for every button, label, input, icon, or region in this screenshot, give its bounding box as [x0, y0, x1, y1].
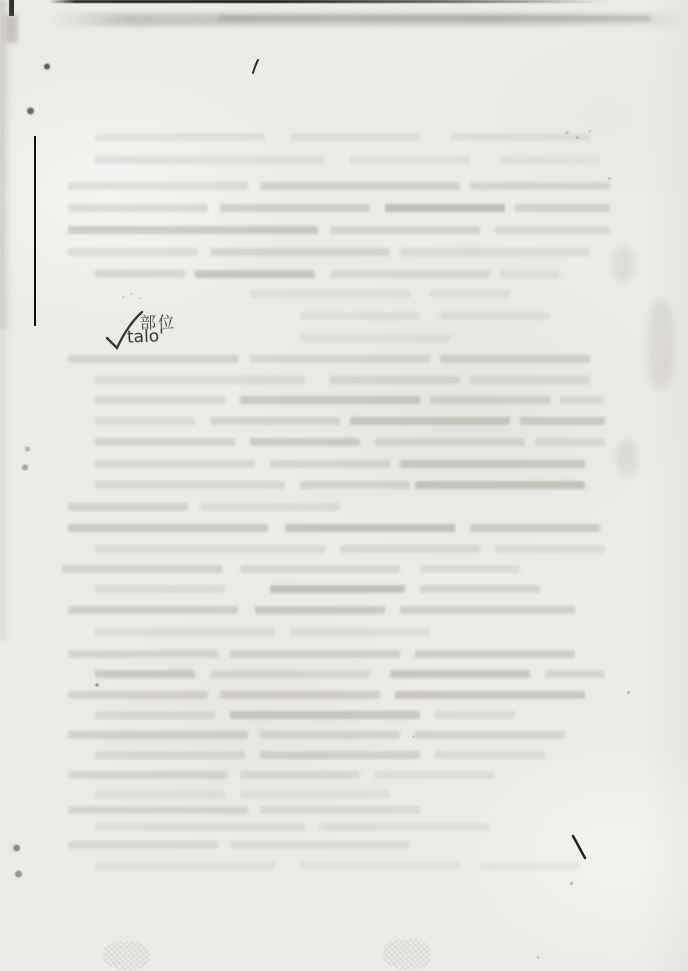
- ink-speck: [12, 844, 21, 852]
- faded-text-line: [95, 156, 325, 164]
- faded-text-line: [95, 628, 275, 636]
- ink-speck: [588, 130, 592, 133]
- faded-text-line: [300, 334, 450, 342]
- faded-text-line: [385, 204, 505, 212]
- faded-text-line: [68, 204, 208, 212]
- faded-text-line: [560, 396, 605, 404]
- faded-text-line: [255, 606, 385, 614]
- faded-text-line: [250, 355, 430, 363]
- scan-smudge-band-dark: [218, 16, 650, 21]
- faded-text-line: [210, 417, 340, 425]
- faded-text-line: [450, 133, 590, 141]
- faded-text-line: [95, 790, 225, 798]
- faded-text-line: [240, 790, 390, 798]
- faded-text-line: [68, 355, 238, 363]
- faded-text-line: [62, 565, 222, 573]
- pen-tick-icon: [253, 60, 258, 73]
- faded-text-line: [400, 606, 575, 614]
- faded-text-line: [95, 396, 225, 404]
- faded-text-line: [375, 438, 525, 446]
- faded-text-line: [515, 204, 610, 212]
- faded-text-line: [435, 751, 545, 759]
- faded-text-line: [95, 133, 265, 141]
- faded-text-line: [250, 290, 410, 298]
- faded-text-line: [95, 417, 195, 425]
- faded-text-line: [68, 226, 318, 234]
- faded-text-line: [395, 691, 585, 699]
- ink-speck: [608, 177, 611, 180]
- scanned-page: 部位 talo': [0, 0, 688, 971]
- faded-text-line: [230, 841, 410, 849]
- ink-speck: [139, 297, 142, 299]
- faded-text-line: [270, 460, 390, 468]
- faded-text-line: [260, 751, 420, 759]
- scan-noise-patch: [612, 246, 634, 282]
- faded-text-line: [68, 691, 208, 699]
- faded-text-line: [470, 182, 610, 190]
- ink-speck: [412, 735, 415, 738]
- faded-text-line: [270, 585, 405, 593]
- faded-text-line: [260, 806, 420, 814]
- faded-text-line: [68, 606, 238, 614]
- ink-speck: [21, 464, 29, 471]
- faded-text-line: [340, 545, 480, 553]
- faded-text-line: [330, 376, 460, 384]
- faded-text-line: [495, 545, 605, 553]
- ink-speck: [627, 691, 630, 694]
- faded-text-line: [415, 481, 585, 489]
- faded-text-line: [350, 156, 470, 164]
- faded-text-line: [290, 628, 430, 636]
- faded-text-line: [68, 771, 228, 779]
- ink-speck: [43, 63, 51, 70]
- faded-text-line: [68, 650, 218, 658]
- pen-backslash-icon: [573, 836, 585, 858]
- faded-text-line: [520, 417, 605, 425]
- faded-text-line: [230, 711, 420, 719]
- faded-text-line: [500, 270, 560, 278]
- faded-text-line: [95, 823, 305, 831]
- faded-text-line: [240, 771, 360, 779]
- faded-text-line: [95, 481, 285, 489]
- ink-speck: [14, 870, 23, 878]
- margin-pen-line: [34, 136, 36, 326]
- left-edge-shadow-lower: [0, 330, 10, 640]
- ink-speck: [575, 136, 580, 139]
- faded-text-line: [545, 670, 605, 678]
- ink-speck: [130, 293, 133, 295]
- left-edge-shadow: [0, 0, 13, 330]
- ink-speck: [26, 107, 35, 115]
- faded-text-line: [200, 503, 340, 511]
- faded-text-line: [415, 650, 575, 658]
- ink-speck: [570, 882, 573, 885]
- faded-text-line: [68, 182, 248, 190]
- faded-text-line: [260, 731, 400, 739]
- faded-text-line: [500, 156, 600, 164]
- faded-text-line: [390, 670, 530, 678]
- annotation-latin-text: talo': [127, 326, 165, 347]
- faded-text-line: [220, 691, 380, 699]
- ink-speck: [24, 446, 31, 452]
- faded-text-line: [195, 270, 315, 278]
- faded-text-line: [285, 524, 455, 532]
- faded-text-line: [240, 396, 420, 404]
- ink-speck: [95, 683, 99, 687]
- faded-text-line: [95, 270, 185, 278]
- faded-text-line: [68, 841, 218, 849]
- ink-speck: [122, 296, 125, 298]
- faded-text-line: [440, 355, 590, 363]
- faded-text-line: [420, 565, 520, 573]
- faded-text-line: [330, 270, 490, 278]
- faded-text-line: [400, 460, 585, 468]
- faded-text-line: [95, 460, 255, 468]
- faded-text-line: [95, 711, 215, 719]
- faded-text-line: [95, 862, 275, 870]
- faded-text-line: [95, 376, 305, 384]
- scan-noise-patch: [648, 300, 674, 390]
- smudge-blob: [383, 939, 431, 970]
- faded-text-line: [400, 248, 590, 256]
- faded-text-line: [290, 133, 420, 141]
- faded-text-line: [240, 565, 400, 573]
- faded-text-line: [230, 650, 400, 658]
- faded-text-line: [68, 806, 248, 814]
- faded-text-line: [95, 670, 195, 678]
- faded-text-line: [535, 438, 605, 446]
- faded-text-line: [420, 585, 540, 593]
- smudge-blob: [103, 941, 150, 970]
- faded-text-line: [95, 545, 325, 553]
- faded-text-line: [95, 438, 235, 446]
- faded-text-line: [220, 204, 370, 212]
- faded-text-line: [330, 226, 480, 234]
- faded-text-line: [470, 524, 600, 532]
- faded-text-line: [300, 862, 460, 870]
- faded-text-line: [68, 503, 188, 511]
- faded-text-line: [415, 731, 565, 739]
- faded-text-line: [260, 182, 460, 190]
- ink-speck: [565, 131, 569, 134]
- faded-text-line: [480, 862, 580, 870]
- faded-text-line: [320, 823, 490, 831]
- faded-text-line: [95, 751, 245, 759]
- faded-text-line: [495, 226, 610, 234]
- faded-text-line: [250, 438, 360, 446]
- faded-text-line: [300, 312, 420, 320]
- faded-text-line: [68, 248, 198, 256]
- faded-text-line: [440, 312, 550, 320]
- faded-text-line: [435, 711, 515, 719]
- faded-text-line: [375, 771, 495, 779]
- scan-artifact-top-line: [48, 0, 608, 3]
- faded-text-line: [95, 585, 225, 593]
- faded-text-line: [430, 396, 550, 404]
- faded-text-line: [430, 290, 510, 298]
- faded-text-line: [68, 524, 268, 532]
- scan-noise-patch: [617, 440, 637, 476]
- faded-text-line: [210, 670, 370, 678]
- faded-text-line: [300, 481, 410, 489]
- ink-speck: [536, 956, 540, 959]
- faded-text-line: [210, 248, 390, 256]
- faded-text-line: [68, 731, 248, 739]
- faded-text-line: [350, 417, 510, 425]
- faded-text-line: [470, 376, 590, 384]
